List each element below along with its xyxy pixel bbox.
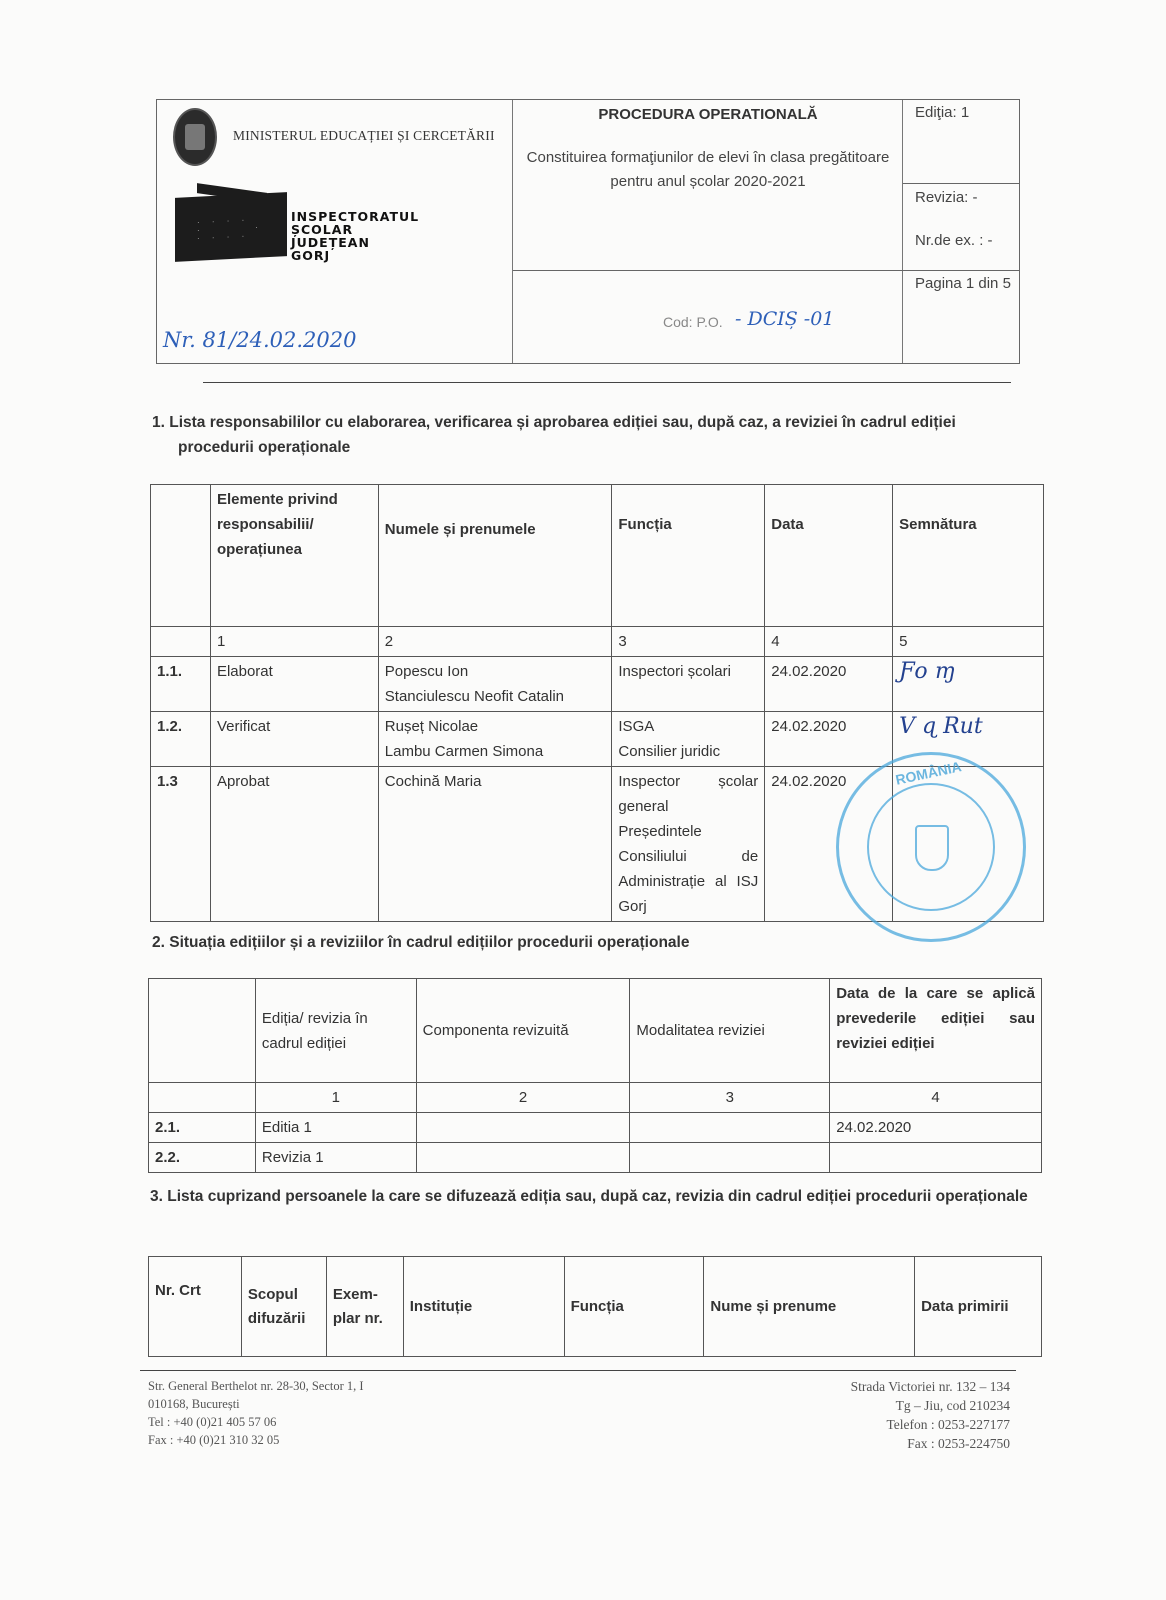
inspectorate-name: INSPECTORATUL ȘCOLAR JUDEȚEAN GORJ bbox=[291, 210, 419, 262]
header-logos-cell: MINISTERUL EDUCAȚIEI ȘI CERCETĂRII · · ·… bbox=[157, 100, 513, 363]
divider bbox=[903, 183, 1019, 184]
column-header: Nr. Crt bbox=[149, 1257, 242, 1357]
column-header: Funcția bbox=[564, 1257, 704, 1357]
revision-label: Revizia: - bbox=[915, 189, 978, 206]
column-header: Componenta revizuită bbox=[416, 979, 630, 1083]
column-header: Ediția/ revizia în cadrul ediției bbox=[255, 979, 416, 1083]
date: 24.02.2020 bbox=[765, 657, 893, 712]
footer-divider bbox=[140, 1370, 1016, 1371]
date bbox=[830, 1143, 1042, 1173]
empty-header-cell bbox=[149, 979, 256, 1083]
footer-ministry-address: Str. General Berthelot nr. 28-30, Sector… bbox=[148, 1377, 364, 1449]
column-header: Instituție bbox=[403, 1257, 564, 1357]
column-header: Modalitatea reviziei bbox=[630, 979, 830, 1083]
names: Rușeț NicolaeLambu Carmen Simona bbox=[378, 712, 612, 767]
column-number: 2 bbox=[416, 1083, 630, 1113]
empty-cell bbox=[151, 627, 211, 657]
date: 24.02.2020 bbox=[830, 1113, 1042, 1143]
procedure-subject: Constituirea formaţiunilor de elevi în c… bbox=[513, 146, 903, 194]
column-header: Funcția bbox=[612, 485, 765, 627]
section-3-title: 3. Lista cuprizand persoanele la care se… bbox=[150, 1184, 1028, 1209]
row-number: 1.2. bbox=[151, 712, 211, 767]
edition: Editia 1 bbox=[255, 1113, 416, 1143]
row-number: 1.1. bbox=[151, 657, 211, 712]
stamp-inner-ring bbox=[867, 783, 995, 911]
empty-cell bbox=[149, 1083, 256, 1113]
column-header: Numele și prenumele bbox=[378, 485, 612, 627]
ministry-name: MINISTERUL EDUCAȚIEI ȘI CERCETĂRII bbox=[233, 128, 495, 144]
row-number: 2.2. bbox=[149, 1143, 256, 1173]
copies-label: Nr.de ex. : - bbox=[915, 232, 993, 249]
romania-crest-icon bbox=[173, 108, 217, 166]
function: Inspector școlar generalPreședintele Con… bbox=[612, 767, 765, 922]
column-header: Exem-plar nr. bbox=[326, 1257, 403, 1357]
table-row: 2.1. Editia 1 24.02.2020 bbox=[149, 1113, 1042, 1143]
column-number: 3 bbox=[612, 627, 765, 657]
operation: Verificat bbox=[210, 712, 378, 767]
column-header: Scopul difuzării bbox=[241, 1257, 326, 1357]
function: ISGAConsilier juridic bbox=[612, 712, 765, 767]
column-header: Semnătura bbox=[893, 485, 1044, 627]
header-divider bbox=[203, 382, 1011, 383]
mode bbox=[630, 1143, 830, 1173]
column-header: Data bbox=[765, 485, 893, 627]
column-number: 1 bbox=[210, 627, 378, 657]
table-row: 2.2. Revizia 1 bbox=[149, 1143, 1042, 1173]
edition-label: Ediţia: 1 bbox=[915, 104, 969, 121]
eu-flag-icon: · · · ·· ·· · · · bbox=[175, 192, 287, 262]
column-header: Nume și prenume bbox=[704, 1257, 915, 1357]
operation: Elaborat bbox=[210, 657, 378, 712]
column-number: 4 bbox=[765, 627, 893, 657]
coat-of-arms-icon bbox=[185, 124, 205, 150]
table-row: 1.1. Elaborat Popescu IonStanciulescu Ne… bbox=[151, 657, 1044, 712]
official-stamp-icon: ROMÂNIA bbox=[836, 752, 1026, 942]
function: Inspectori școlari bbox=[612, 657, 765, 712]
column-number: 1 bbox=[255, 1083, 416, 1113]
footer-inspectorate-address: Strada Victoriei nr. 132 – 134 Tg – Jiu,… bbox=[760, 1377, 1010, 1453]
names: Popescu IonStanciulescu Neofit Catalin bbox=[378, 657, 612, 712]
section-2-title: 2. Situația edițiilor și a reviziilor în… bbox=[152, 930, 689, 955]
names: Cochină Maria bbox=[378, 767, 612, 922]
row-number: 2.1. bbox=[149, 1113, 256, 1143]
empty-header-cell bbox=[151, 485, 211, 627]
divider bbox=[513, 270, 903, 271]
date: 24.02.2020 bbox=[765, 712, 893, 767]
signature-icon: Ƒo ɱ bbox=[899, 659, 955, 684]
eu-stars-icon: · · · ·· ·· · · · bbox=[197, 215, 263, 242]
divider bbox=[903, 270, 1019, 271]
coat-of-arms-icon bbox=[915, 825, 949, 871]
procedure-code-handwritten: - DCIȘ -01 bbox=[735, 308, 834, 330]
procedure-code-label: Cod: P.O. bbox=[663, 314, 723, 330]
procedure-title: PROCEDURA OPERATIONALĂ bbox=[513, 106, 903, 123]
header-procedure-cell: PROCEDURA OPERATIONALĂ Constituirea form… bbox=[513, 100, 903, 363]
header-meta-cell: Ediţia: 1 Revizia: - Nr.de ex. : - Pagin… bbox=[903, 100, 1019, 363]
column-header: Elemente privind responsabilii/ operațiu… bbox=[210, 485, 378, 627]
component bbox=[416, 1143, 630, 1173]
section-1-title: 1. Lista responsabililor cu elaborarea, … bbox=[152, 410, 1032, 460]
column-number: 5 bbox=[893, 627, 1044, 657]
signature-icon: V ɋ Rut bbox=[899, 714, 983, 739]
component bbox=[416, 1113, 630, 1143]
edition: Revizia 1 bbox=[255, 1143, 416, 1173]
distribution-table: Nr. Crt Scopul difuzării Exem-plar nr. I… bbox=[148, 1256, 1042, 1357]
column-number: 4 bbox=[830, 1083, 1042, 1113]
column-number: 3 bbox=[630, 1083, 830, 1113]
registration-number-handwritten: Nr. 81/24.02.2020 bbox=[163, 328, 357, 352]
column-header: Data de la care se aplică prevederile ed… bbox=[830, 979, 1042, 1083]
document-header: MINISTERUL EDUCAȚIEI ȘI CERCETĂRII · · ·… bbox=[156, 99, 1020, 364]
column-number: 2 bbox=[378, 627, 612, 657]
column-header: Data primirii bbox=[915, 1257, 1042, 1357]
row-number: 1.3 bbox=[151, 767, 211, 922]
mode bbox=[630, 1113, 830, 1143]
operation: Aprobat bbox=[210, 767, 378, 922]
page-number: Pagina 1 din 5 bbox=[915, 275, 1011, 292]
editions-table: Ediția/ revizia în cadrul ediției Compon… bbox=[148, 978, 1042, 1173]
signature-cell: Ƒo ɱ bbox=[893, 657, 1044, 712]
